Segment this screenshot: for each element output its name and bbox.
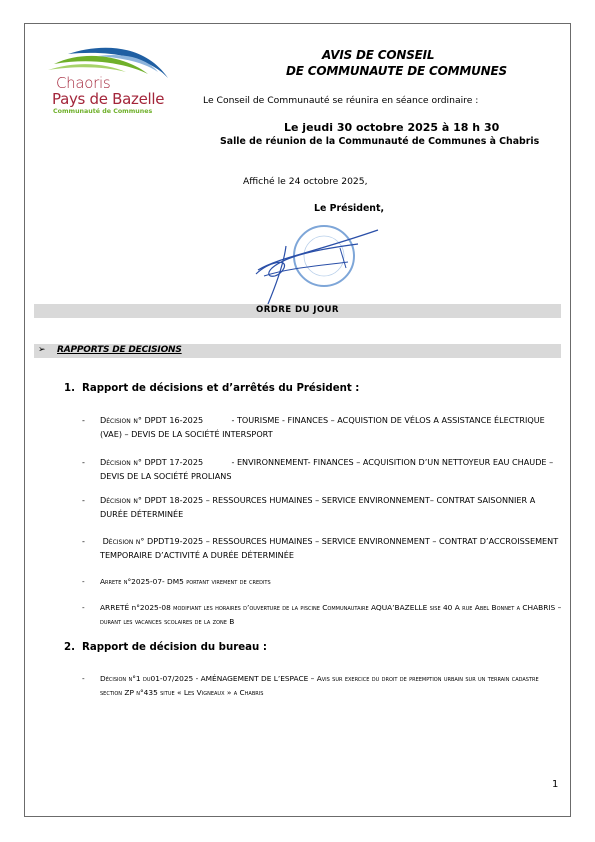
page-number: 1 [552, 779, 558, 790]
intro-text: Le Conseil de Communauté se réunira en s… [203, 95, 478, 106]
agenda-title: ORDRE DU JOUR [34, 305, 561, 315]
document-title-line2: DE COMMUNAUTE DE COMMUNES [286, 64, 507, 78]
section-title: RAPPORTS DE DECISIONS [57, 345, 182, 355]
logo-text-line3: Communauté de Communes [53, 108, 152, 115]
posted-date: Affiché le 24 octobre 2025, [243, 176, 368, 187]
logo: Chaoris Pays de Bazelle Communauté de Co… [48, 40, 168, 120]
meeting-venue: Salle de réunion de la Communauté de Com… [220, 136, 539, 147]
meeting-date: Le jeudi 30 octobre 2025 à 18 h 30 [284, 121, 499, 134]
section-band: ➢ RAPPORTS DE DECISIONS [34, 344, 561, 358]
group-heading: 2.Rapport de décision du bureau : [64, 642, 267, 653]
group-heading: 1.Rapport de décisions et d’arrêtés du P… [64, 383, 359, 394]
logo-text-line2: Pays de Bazelle [52, 90, 164, 108]
signature-stamp-icon [248, 218, 388, 308]
document-title-line1: AVIS DE CONSEIL [322, 48, 434, 62]
chevron-right-icon: ➢ [38, 345, 46, 355]
agenda-title-band: ORDRE DU JOUR [34, 304, 561, 318]
signer-title: Le Président, [314, 203, 384, 214]
